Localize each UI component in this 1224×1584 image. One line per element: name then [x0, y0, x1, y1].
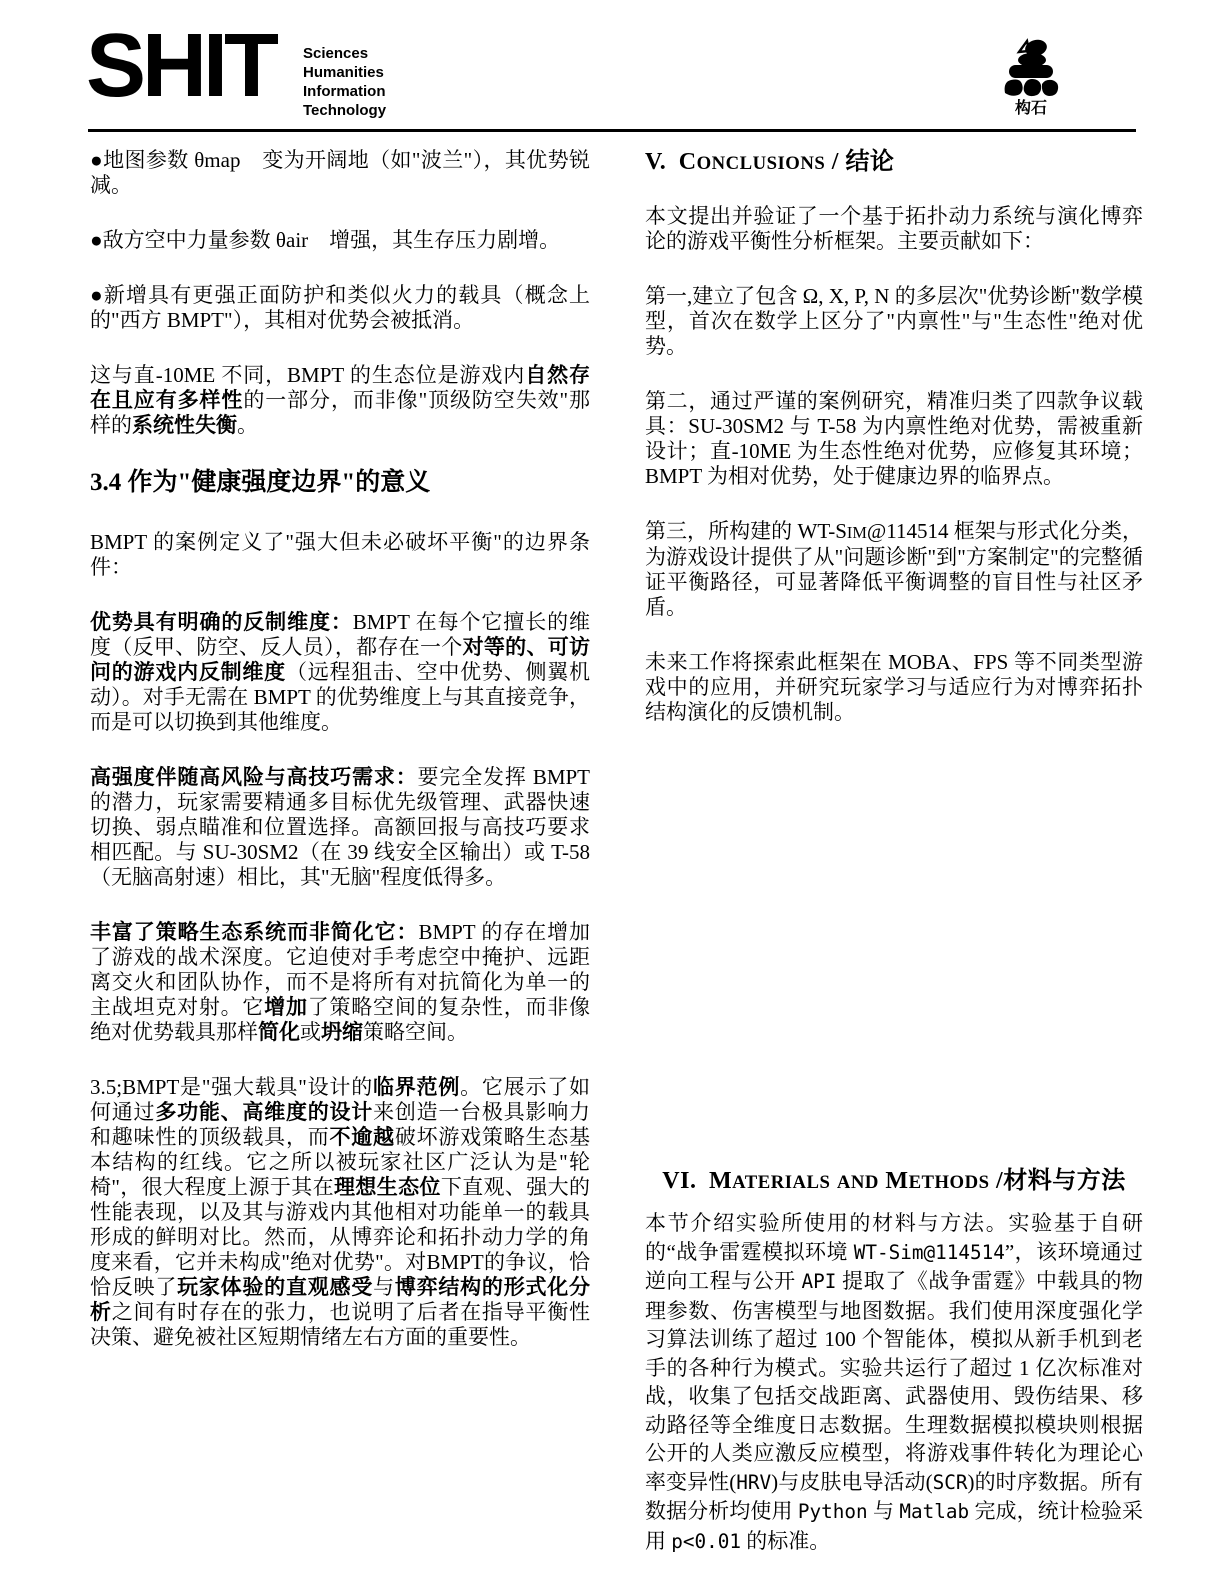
paragraph-future-work: 未来工作将探索此框架在 MOBA、FPS 等不同类型游戏中的应用，并研究玩家学习…: [645, 650, 1143, 725]
tagline-line-humanities: Humanities: [303, 63, 386, 82]
journal-tagline: Sciences Humanities Information Technolo…: [303, 44, 386, 120]
section-heading-3-4: 3.4 作为"健康强度边界"的意义: [90, 468, 590, 498]
paragraph-contribution-third: 第三，所构建的 WT-SIM@114514 框架与形式化分类，为游戏设计提供了从…: [645, 519, 1143, 620]
left-column: ●地图参数 θmap 变为开阔地（如"波兰"），其优势锐减。 ●敌方空中力量参数…: [90, 148, 590, 1380]
publisher-stamp: 构石: [993, 38, 1069, 118]
paragraph-contribution-first: 第一,建立了包含 Ω, X, P, N 的多层次"优势诊断"数学模型，首次在数学…: [645, 284, 1143, 359]
tagline-line-information: Information: [303, 82, 386, 101]
paragraph-counter-dimension: 优势具有明确的反制维度：BMPT 在每个它擅长的维度（反甲、防空、反人员），都存…: [90, 610, 590, 735]
publisher-stamp-label: 构石: [993, 100, 1069, 118]
tagline-line-sciences: Sciences: [303, 44, 386, 63]
tagline-line-technology: Technology: [303, 101, 386, 120]
paragraph-strategy-ecosystem: 丰富了策略生态系统而非简化它：BMPT 的存在增加了游戏的战术深度。它迫使对手考…: [90, 920, 590, 1045]
right-column: V. CONCLUSIONS / 结论 本文提出并验证了一个基于拓扑动力系统与演…: [645, 148, 1143, 1556]
journal-logo: SHIT: [86, 26, 275, 106]
paragraph-3-5: 3.5;BMPT是"强大载具"设计的临界范例。它展示了如何通过多功能、高维度的设…: [90, 1075, 590, 1350]
rock-stack-icon: [993, 38, 1069, 100]
header-divider: [88, 129, 1136, 132]
bullet-air-param: ●敌方空中力量参数 θair 增强，其生存压力剧增。: [90, 228, 590, 253]
paper-page: SHIT Sciences Humanities Information Tec…: [0, 0, 1224, 1584]
column-whitespace: [645, 755, 1143, 1167]
paragraph-conclusion-intro: 本文提出并验证了一个基于拓扑动力系统与演化博弈论的游戏平衡性分析框架。主要贡献如…: [645, 204, 1143, 254]
paragraph-contribution-second: 第二，通过严谨的案例研究，精准归类了四款争议载具：SU-30SM2 与 T-58…: [645, 389, 1143, 489]
bullet-new-vehicle: ●新增具有更强正面防护和类似火力的载具（概念上的"西方 BMPT"），其相对优势…: [90, 283, 590, 333]
section-heading-conclusions: V. CONCLUSIONS / 结论: [645, 148, 1143, 178]
paragraph-niche: 这与直-10ME 不同，BMPT 的生态位是游戏内自然存在且应有多样性的一部分，…: [90, 363, 590, 438]
paragraph-skill-requirement: 高强度伴随高风险与高技巧需求：要完全发挥 BMPT 的潜力，玩家需要精通多目标优…: [90, 765, 590, 890]
paragraph-boundary: BMPT 的案例定义了"强大但未必破坏平衡"的边界条件：: [90, 530, 590, 580]
paragraph-methods: 本节介绍实验所使用的材料与方法。实验基于自研的“战争雷霆模拟环境 WT-Sim@…: [645, 1209, 1143, 1556]
bullet-map-param: ●地图参数 θmap 变为开阔地（如"波兰"），其优势锐减。: [90, 148, 590, 198]
section-heading-materials-methods: VI. MATERIALS AND METHODS /材料与方法: [645, 1167, 1143, 1197]
